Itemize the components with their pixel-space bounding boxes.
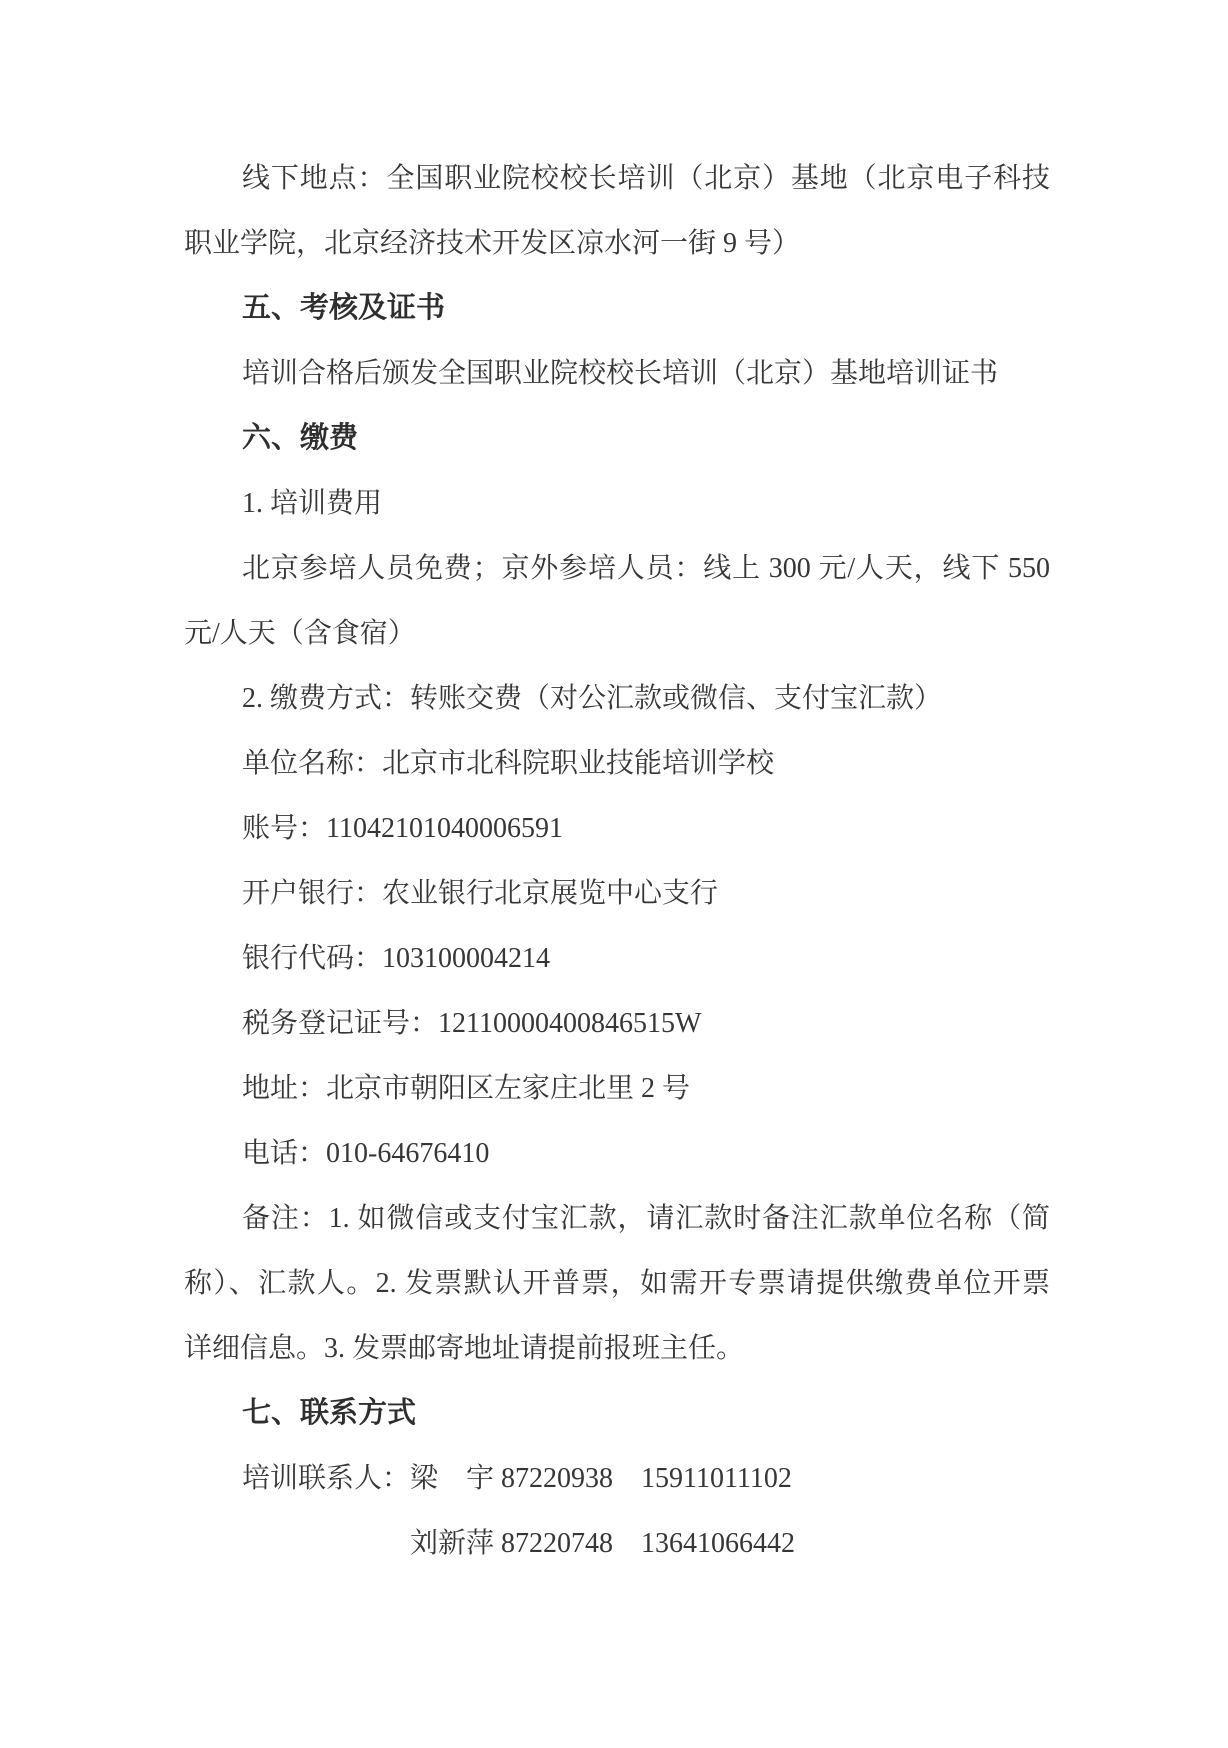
text-line: 备注：1. 如微信或支付宝汇款，请汇款时备注汇款单位名称（简	[184, 1186, 1050, 1251]
paragraph: 税务登记证号：12110000400846515W	[184, 991, 1050, 1056]
text-line: 1. 培训费用	[184, 471, 1050, 536]
text-line: 电话：010-64676410	[184, 1121, 1050, 1186]
text-line: 2. 缴费方式：转账交费（对公汇款或微信、支付宝汇款）	[184, 666, 1050, 731]
text-line: 线下地点：全国职业院校校长培训（北京）基地（北京电子科技	[184, 146, 1050, 211]
paragraph: 地址：北京市朝阳区左家庄北里 2 号	[184, 1056, 1050, 1121]
text-line: 地址：北京市朝阳区左家庄北里 2 号	[184, 1056, 1050, 1121]
paragraph: 开户银行：农业银行北京展览中心支行	[184, 861, 1050, 926]
heading-text: 七、联系方式	[184, 1381, 1050, 1446]
section-heading: 五、考核及证书	[184, 276, 1050, 341]
paragraph: 刘新萍 87220748 13641066442	[184, 1511, 1050, 1576]
text-line: 元/人天（含食宿）	[184, 601, 1050, 666]
paragraph: 电话：010-64676410	[184, 1121, 1050, 1186]
document-content: 线下地点：全国职业院校校长培训（北京）基地（北京电子科技职业学院，北京经济技术开…	[184, 146, 1050, 1576]
text-line: 税务登记证号：12110000400846515W	[184, 991, 1050, 1056]
heading-text: 五、考核及证书	[184, 276, 1050, 341]
text-line: 刘新萍 87220748 13641066442	[184, 1511, 1050, 1576]
document-page: 线下地点：全国职业院校校长培训（北京）基地（北京电子科技职业学院，北京经济技术开…	[0, 0, 1228, 1748]
paragraph: 备注：1. 如微信或支付宝汇款，请汇款时备注汇款单位名称（简称）、汇款人。2. …	[184, 1186, 1050, 1381]
section-heading: 七、联系方式	[184, 1381, 1050, 1446]
paragraph: 单位名称：北京市北科院职业技能培训学校	[184, 731, 1050, 796]
paragraph: 培训联系人：梁 宇 87220938 15911011102	[184, 1446, 1050, 1511]
paragraph: 账号：11042101040006591	[184, 796, 1050, 861]
paragraph: 培训合格后颁发全国职业院校校长培训（北京）基地培训证书	[184, 341, 1050, 406]
text-line: 详细信息。3. 发票邮寄地址请提前报班主任。	[184, 1316, 1050, 1381]
text-line: 账号：11042101040006591	[184, 796, 1050, 861]
text-line: 培训合格后颁发全国职业院校校长培训（北京）基地培训证书	[184, 341, 1050, 406]
text-line: 称）、汇款人。2. 发票默认开普票，如需开专票请提供缴费单位开票	[184, 1251, 1050, 1316]
heading-text: 六、缴费	[184, 406, 1050, 471]
paragraph: 线下地点：全国职业院校校长培训（北京）基地（北京电子科技职业学院，北京经济技术开…	[184, 146, 1050, 276]
paragraph: 银行代码：103100004214	[184, 926, 1050, 991]
text-line: 培训联系人：梁 宇 87220938 15911011102	[184, 1446, 1050, 1511]
text-line: 职业学院，北京经济技术开发区凉水河一街 9 号）	[184, 211, 1050, 276]
section-heading: 六、缴费	[184, 406, 1050, 471]
text-line: 开户银行：农业银行北京展览中心支行	[184, 861, 1050, 926]
paragraph: 北京参培人员免费；京外参培人员：线上 300 元/人天，线下 550元/人天（含…	[184, 536, 1050, 666]
text-line: 北京参培人员免费；京外参培人员：线上 300 元/人天，线下 550	[184, 536, 1050, 601]
paragraph: 2. 缴费方式：转账交费（对公汇款或微信、支付宝汇款）	[184, 666, 1050, 731]
paragraph: 1. 培训费用	[184, 471, 1050, 536]
text-line: 银行代码：103100004214	[184, 926, 1050, 991]
text-line: 单位名称：北京市北科院职业技能培训学校	[184, 731, 1050, 796]
